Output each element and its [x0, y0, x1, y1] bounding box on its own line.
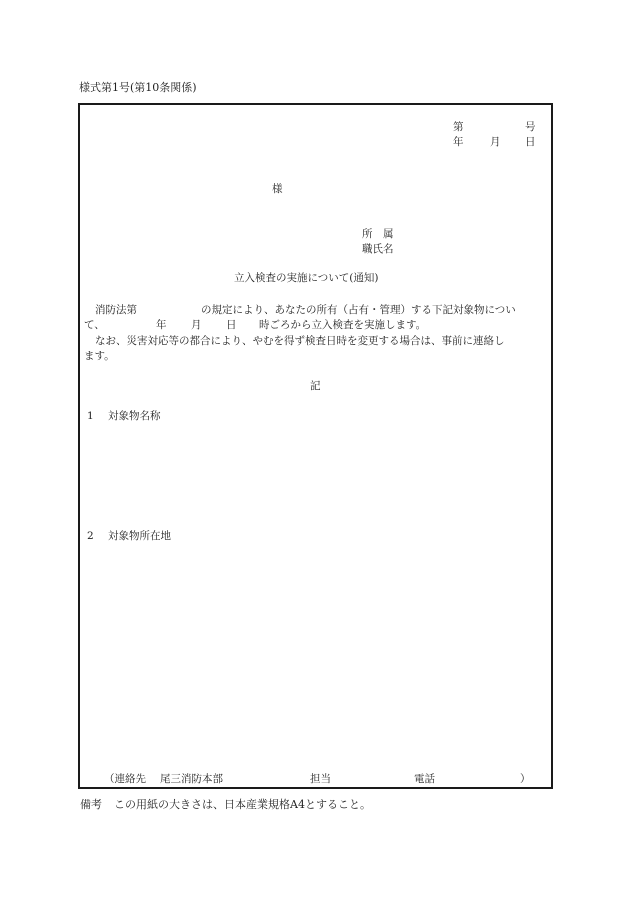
body-line3: なお、災害対応等の都合により、やむを得ず検査日時を変更する場合は、事前に連絡し: [95, 336, 505, 347]
date-month: 月: [490, 137, 501, 148]
number-suffix: 号: [525, 122, 536, 133]
body-line1: の規定により、あなたの所有（占有・管理）する下記対象物につい: [201, 305, 516, 316]
item-1-label: 対象物名称: [108, 411, 161, 422]
item-2-number: 2: [87, 531, 94, 542]
contact-open: （連絡先: [104, 774, 146, 785]
sender-affiliation-label: 所 属: [362, 229, 394, 240]
contact-department: 尾三消防本部: [160, 774, 223, 785]
body-line2-end: 時ごろから立入検査を実施します。: [259, 320, 426, 331]
form-title: 様式第1号(第10条関係): [79, 82, 197, 93]
addressee-honorific: 様: [272, 184, 283, 195]
body-line2-start: て、: [84, 320, 105, 331]
contact-phone-label: 電話: [414, 774, 435, 785]
date-year: 年: [453, 137, 464, 148]
item-1-number: 1: [87, 411, 94, 422]
notice-frame: [78, 103, 553, 789]
footnote-label: 備考: [80, 798, 102, 811]
document-title: 立入検査の実施について(通知): [234, 273, 378, 284]
body-line2-year: 年: [156, 320, 167, 331]
item-2-label: 対象物所在地: [108, 531, 171, 542]
footnote: 備考この用紙の大きさは、日本産業規格A4とすること。: [80, 799, 371, 810]
date-day: 日: [525, 137, 536, 148]
body-line4: ます。: [84, 351, 115, 362]
footnote-text: この用紙の大きさは、日本産業規格A4とすること。: [114, 798, 371, 811]
sender-name-label: 職氏名: [362, 244, 394, 255]
body-line2-day: 日: [226, 320, 237, 331]
number-prefix: 第: [453, 122, 464, 133]
contact-close: ）: [520, 774, 531, 785]
body-law-prefix: 消防法第: [95, 305, 137, 316]
body-line2-month: 月: [191, 320, 202, 331]
contact-person-label: 担当: [310, 774, 331, 785]
ki-heading: 記: [310, 381, 321, 392]
